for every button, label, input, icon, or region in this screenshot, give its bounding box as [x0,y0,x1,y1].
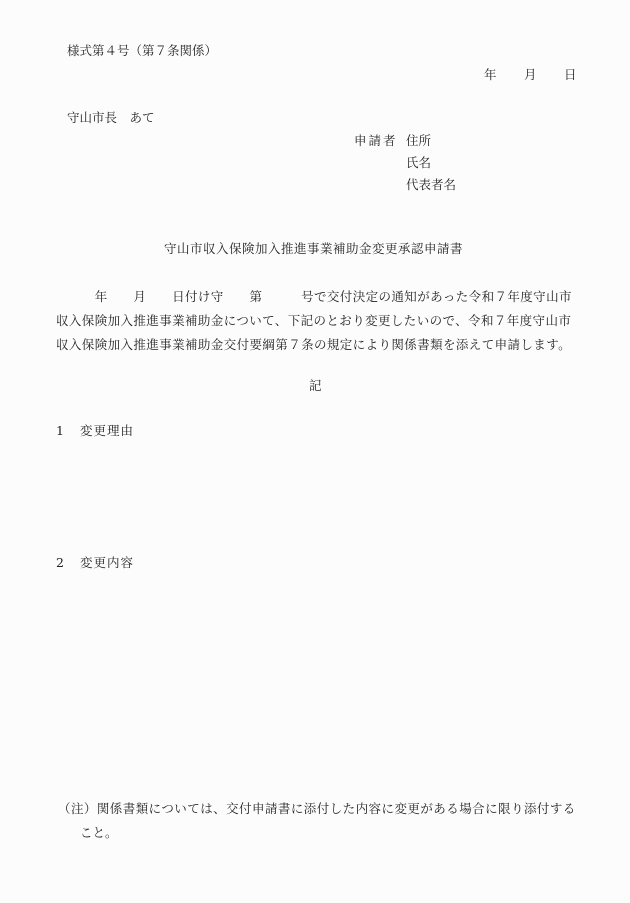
addressee: 守山市長 あて [67,112,155,125]
body-line: 収入保険加入推進事業補助金交付要綱第７条の規定により関係書類を添えて申請します。 [56,333,580,357]
form-number: 様式第４号（第７条関係） [67,45,217,58]
body-paragraph: 年 月 日付け守 第 号で交付決定の通知があった令和７年度守山市 収入保険加入推… [56,285,580,357]
item-number: 2 [56,557,64,570]
address-label: 住所 [406,135,431,148]
note-line: （注）関係書類については、交付申請書に添付した内容に変更がある場合に限り添付する [58,803,576,816]
document-title: 守山市収入保険加入推進事業補助金変更承認申請書 [164,243,463,256]
body-line: 年 月 日付け守 第 号で交付決定の通知があった令和７年度守山市 [56,285,580,309]
date-month: 月 [524,69,537,82]
ki-heading: 記 [309,380,322,393]
item-label: 変更内容 [80,557,134,570]
applicant-label: 申請者 [354,135,398,148]
note-line: こと。 [80,827,118,840]
representative-label: 代表者名 [406,179,456,192]
date-day: 日 [564,69,577,82]
item-label: 変更理由 [80,425,134,438]
item-number: 1 [56,425,64,438]
name-label: 氏名 [406,157,431,170]
body-line: 収入保険加入推進事業補助金について、下記のとおり変更したいので、令和７年度守山市 [56,309,580,333]
date-year: 年 [484,69,497,82]
